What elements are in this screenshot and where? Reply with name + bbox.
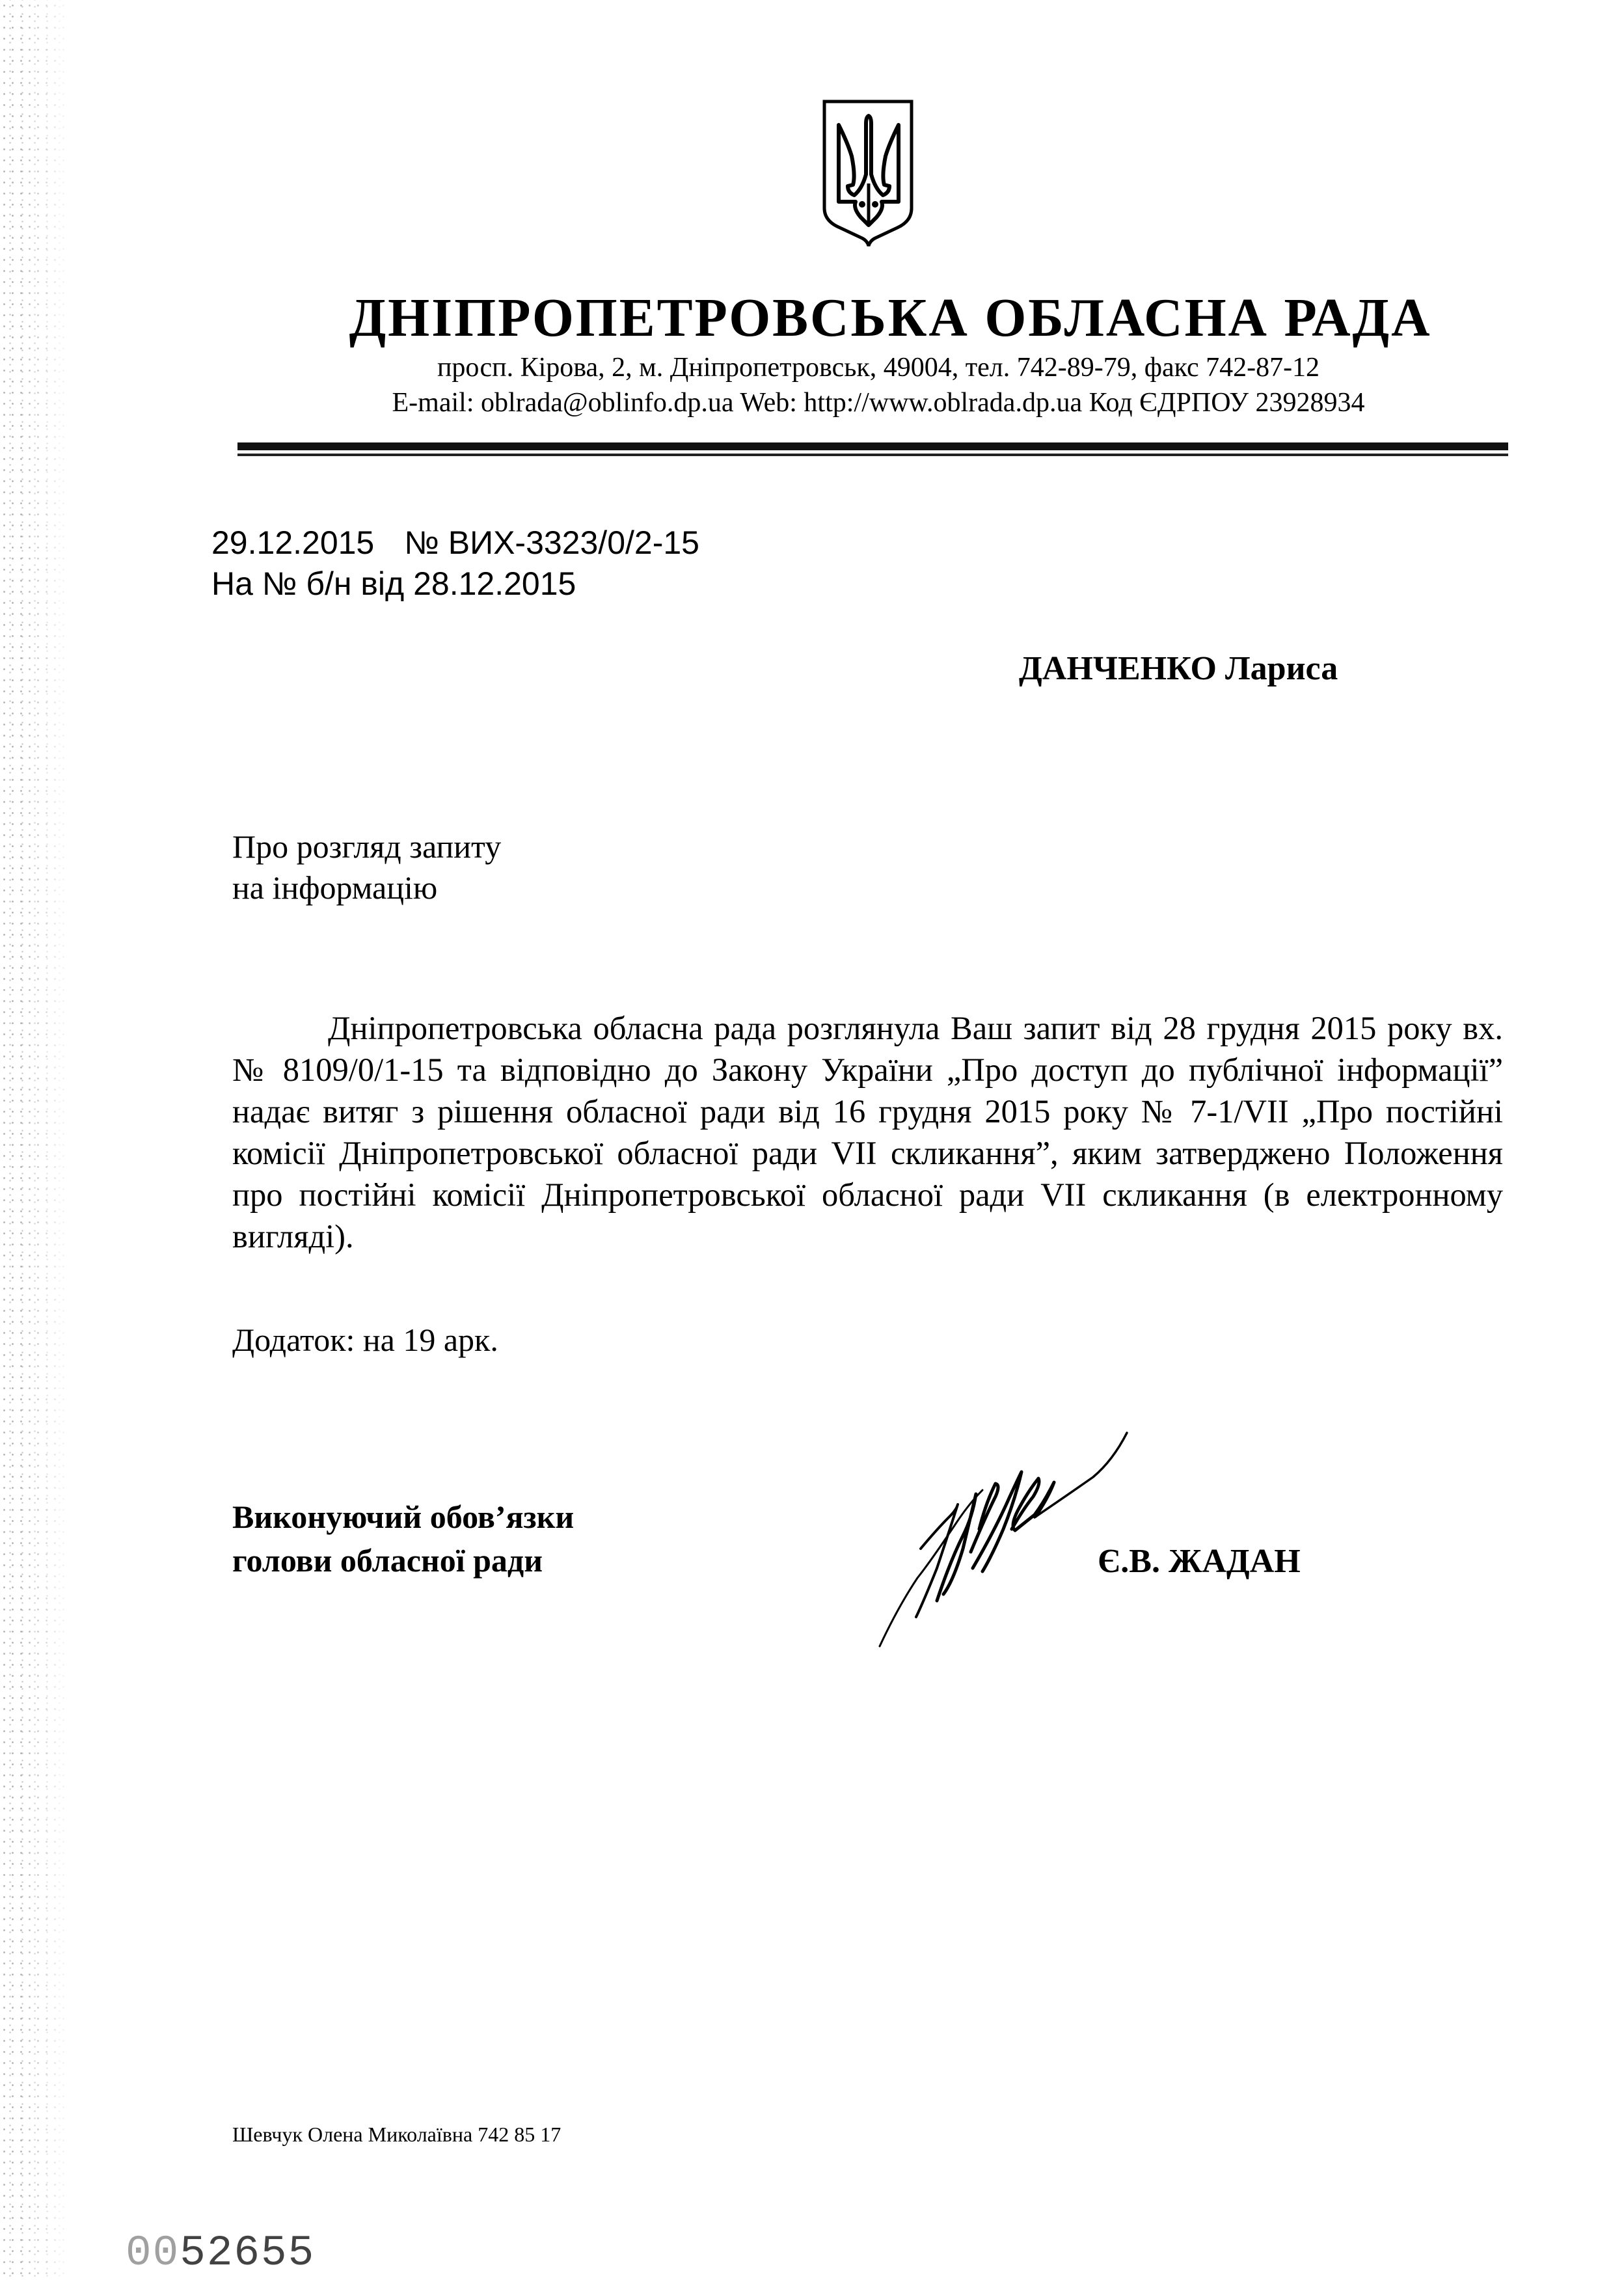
outgoing-reference: 29.12.2015№ ВИХ-3323/0/2-15	[211, 524, 699, 562]
organization-address: просп. Кірова, 2, м. Дніпропетровськ, 49…	[325, 352, 1431, 383]
registration-stamp-number: 0052655	[126, 2229, 315, 2277]
appendix-note: Додаток: на 19 арк.	[232, 1321, 498, 1359]
addressee: ДАНЧЕНКО Лариса	[1019, 649, 1338, 688]
header-rule-thick	[237, 442, 1508, 450]
letter-body: Дніпропетровська обласна рада розглянула…	[232, 1007, 1503, 1257]
letter-date: 29.12.2015	[211, 524, 374, 561]
subject-line-1: Про розгляд запиту	[232, 828, 501, 865]
scan-noise	[0, 0, 72, 2282]
signer-role-line-2: голови обласної ради	[232, 1542, 543, 1579]
in-reply-to: На № б/н від 28.12.2015	[211, 565, 576, 603]
trident-coat-of-arms-icon	[822, 98, 916, 247]
header-rule-thin	[237, 454, 1508, 456]
signer-role-line-1: Виконуючий обов’язки	[232, 1498, 574, 1536]
organization-contacts: E-mail: oblrada@oblinfo.dp.ua Web: http:…	[325, 387, 1431, 418]
organization-name: ДНІПРОПЕТРОВСЬКА ОБЛАСНА РАДА	[349, 286, 1408, 349]
signer-name: Є.В. ЖАДАН	[1098, 1542, 1301, 1581]
executor-contact: Шевчук Олена Миколаївна 742 85 17	[232, 2123, 561, 2147]
outgoing-number: № ВИХ-3323/0/2-15	[404, 524, 699, 561]
subject-line-2: на інформацію	[232, 869, 437, 906]
stamp-number-faint: 00	[126, 2229, 180, 2277]
stamp-number-main: 52655	[180, 2229, 315, 2277]
letter-page: ДНІПРОПЕТРОВСЬКА ОБЛАСНА РАДА просп. Кір…	[0, 0, 1624, 2282]
